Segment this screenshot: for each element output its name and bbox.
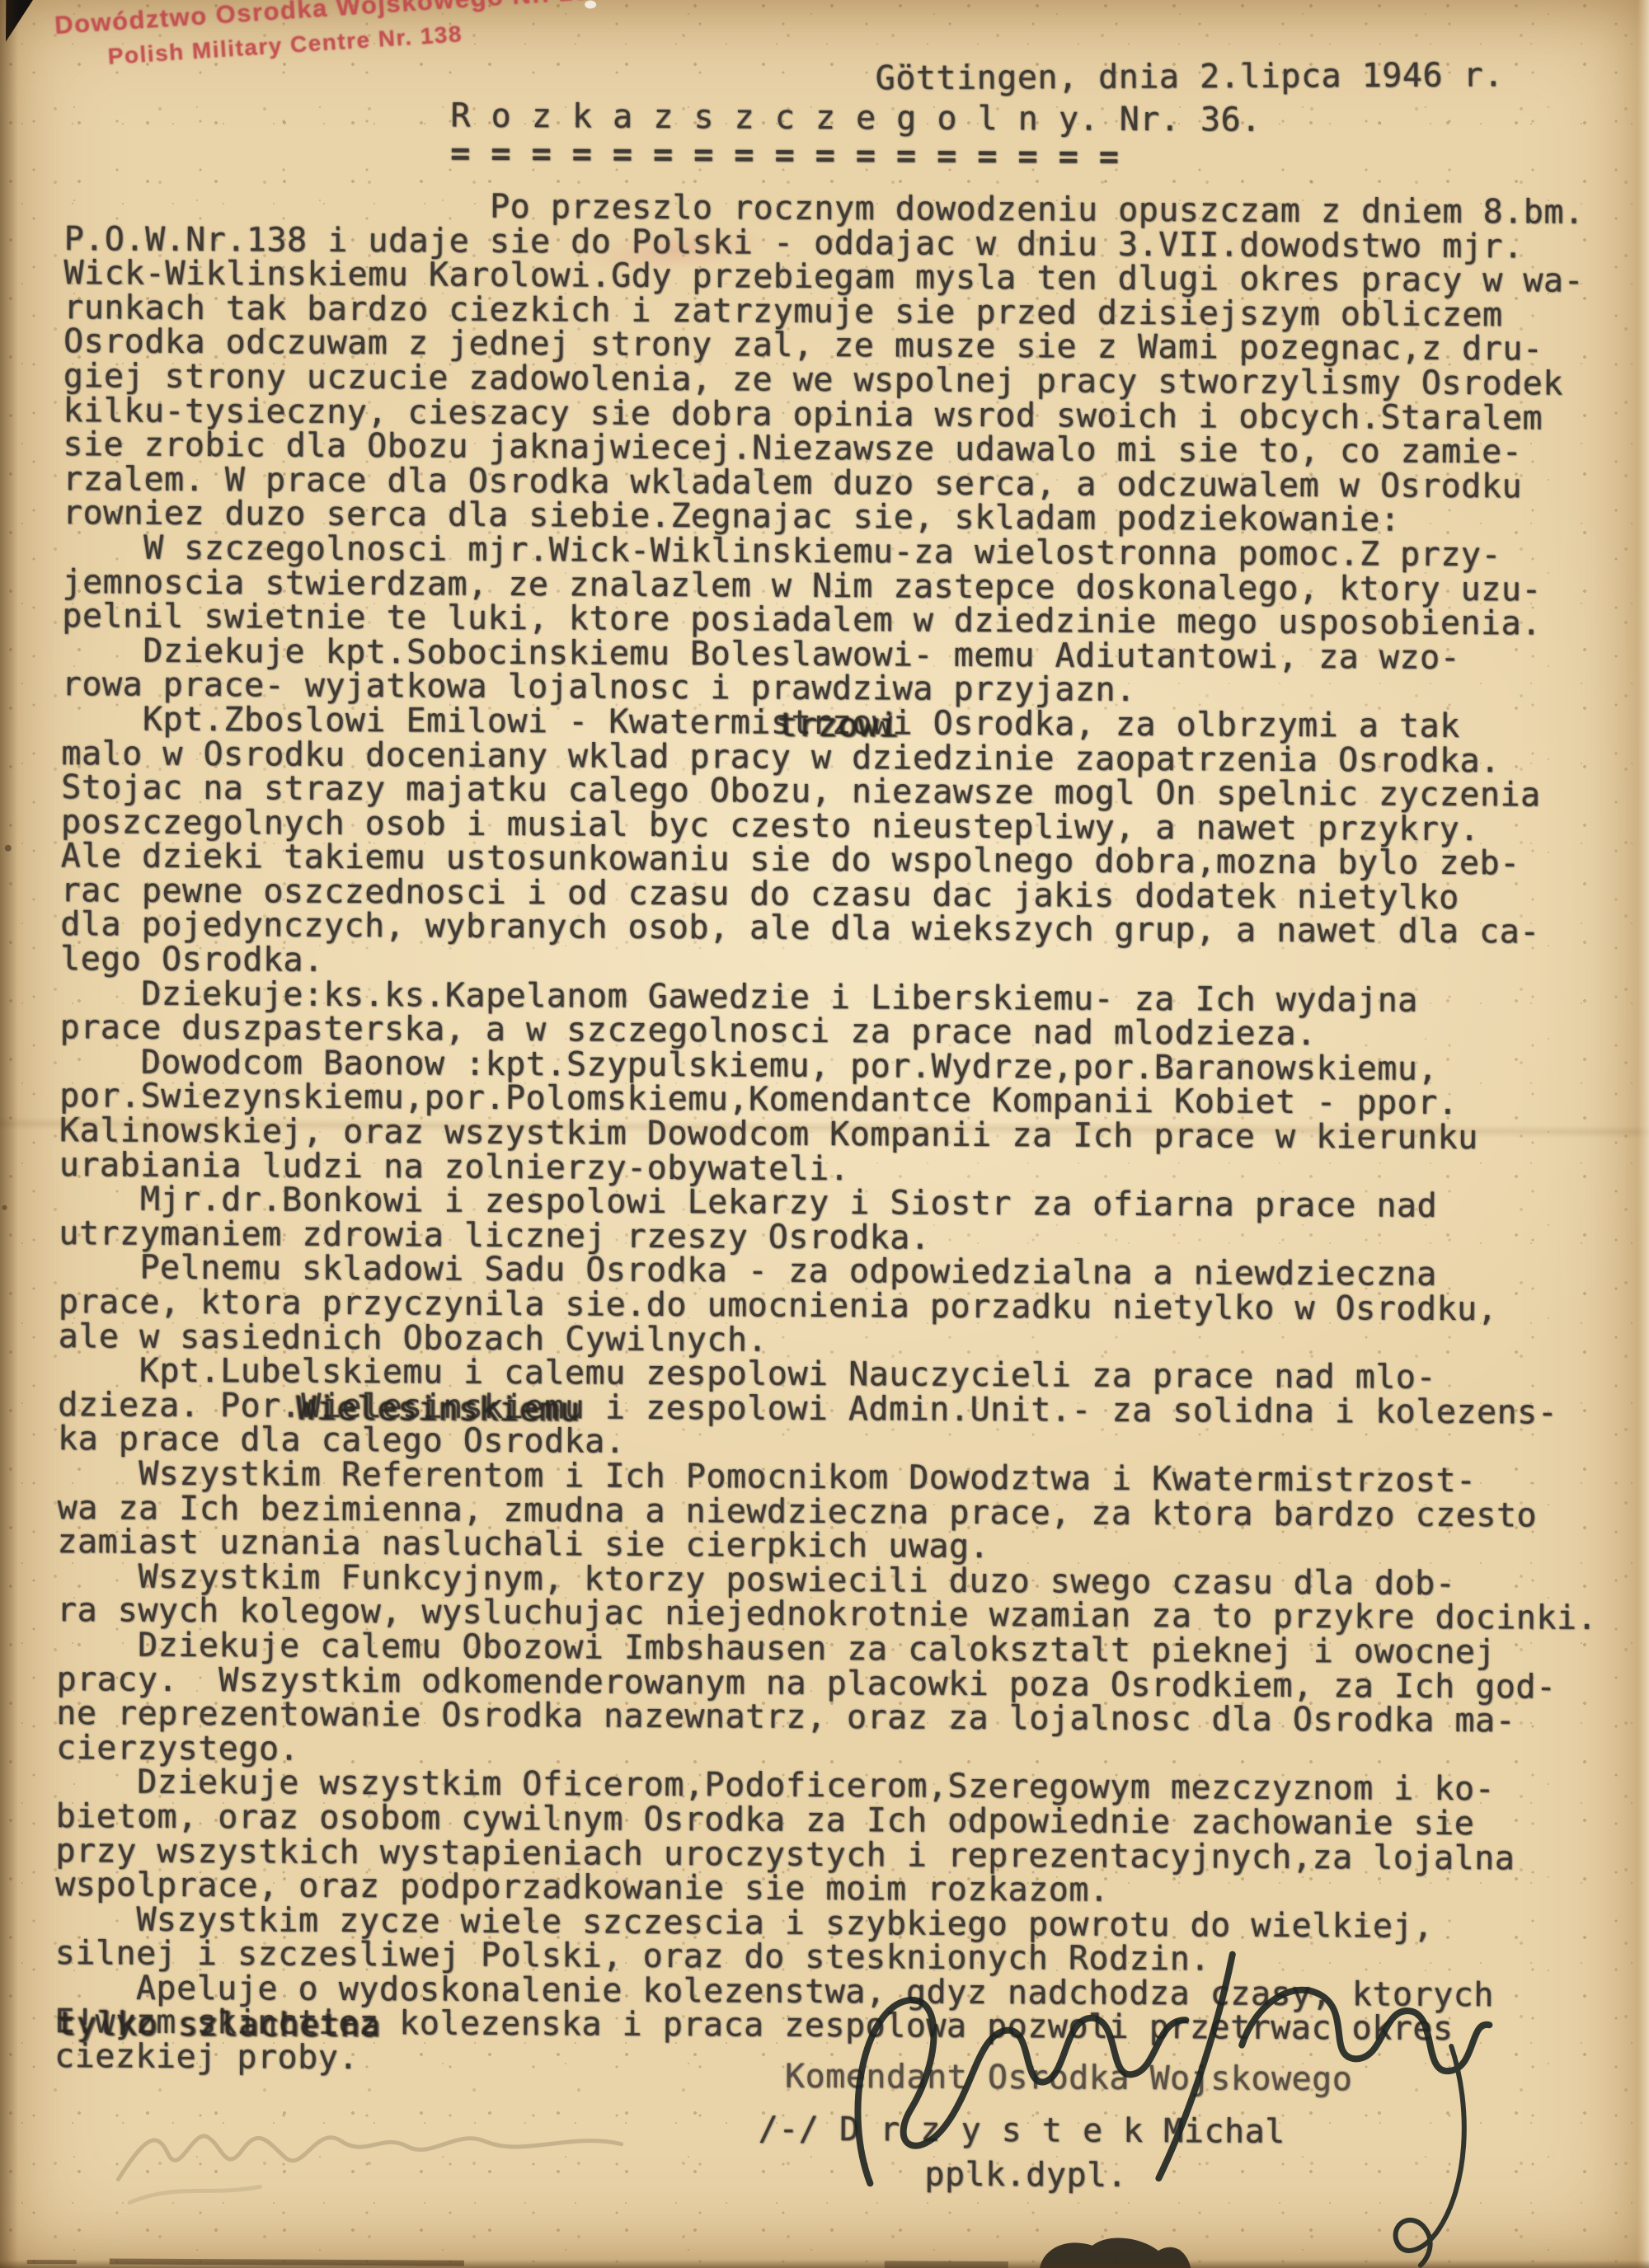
overstrike-garbled-line: tylko szlachetna [56,2005,381,2045]
unit-rubber-stamp: Dowództwo Osrodka Wojskowego Nr. 138 Pol… [54,0,519,73]
order-title: R o z k a z s z c z e g o l n y. Nr. 36. [450,97,1261,139]
scanned-document-page: Dowództwo Osrodka Wojskowego Nr. 138 Pol… [0,0,1649,2268]
overstrike-wielesinski: Wielesinskiemu [296,1390,580,1430]
paper-edge-left [0,0,18,2268]
paper-edge-bottom [0,2260,1649,2268]
signature-unit-line: Komendant Osrodka Wojskowego [785,2058,1353,2099]
paper-edge-right [1637,0,1649,2268]
overstrike-kwatermistrz: trzowi [777,707,899,745]
title-underline: = = = = = = = = = = = = = = = = = [450,135,1119,176]
signature-typed-name: /-/ D r z y s t e k Michal [759,2111,1285,2151]
document-content: Dowództwo Osrodka Wojskowego Nr. 138 Pol… [0,0,1649,2268]
scan-glare-dot [585,0,596,8]
dateline: Göttingen, dnia 2.lipca 1946 r. [876,56,1504,97]
pencil-scribble [118,2135,621,2205]
signature-rank-line: pplk.dypl. [924,2156,1127,2195]
